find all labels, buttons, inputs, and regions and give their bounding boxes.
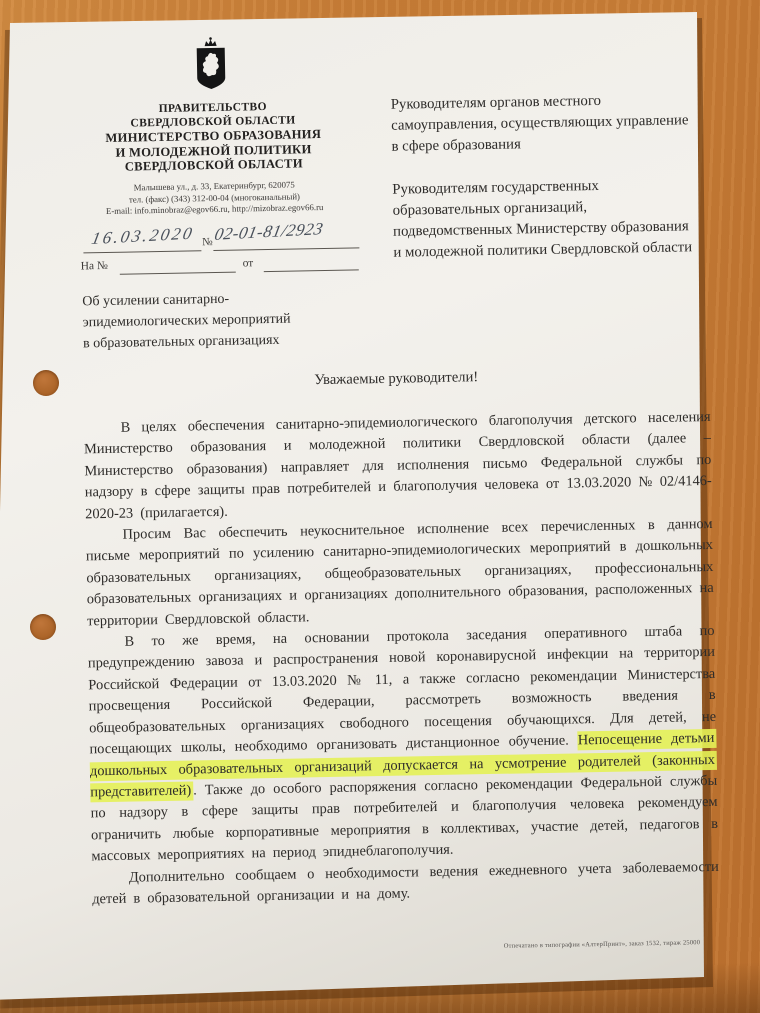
punch-hole: [30, 614, 56, 640]
document-content: ПРАВИТЕЛЬСТВО СВЕРДЛОВСКОЙ ОБЛАСТИ МИНИС…: [0, 0, 760, 1013]
addressee-state-orgs: Руководителям государственных образовате…: [392, 174, 696, 264]
body-paragraph-2: Просим Вас обеспечить неукоснительное ис…: [85, 514, 714, 633]
typography-print-note: Отпечатано в типографии «АлтерПринт», за…: [8, 939, 700, 959]
salutation: Уважаемые руководители!: [83, 365, 710, 393]
date-underline: [83, 250, 201, 253]
handwritten-outgoing-number: 02-01-81/2923: [213, 219, 325, 245]
reply-from-label: от: [243, 257, 254, 269]
subject-line: в образовательных организациях: [83, 330, 291, 355]
handwritten-date: 16.03.2020: [90, 224, 196, 249]
body-paragraph-3: В то же время, на основании протокола за…: [87, 621, 718, 868]
sverdlovsk-coat-of-arms-icon: [187, 36, 234, 100]
reply-number-underline: [120, 272, 236, 275]
punch-hole: [33, 370, 59, 396]
letterhead-org-name: ПРАВИТЕЛЬСТВО СВЕРДЛОВСКОЙ ОБЛАСТИ МИНИС…: [57, 98, 370, 175]
letter-body: Уважаемые руководители! В целях обеспече…: [83, 365, 720, 911]
addressee-municipal: Руководителям органов местного самоуправ…: [391, 89, 694, 158]
photo-of-document: { "photo": { "desk_color": "#c67c36", "p…: [0, 0, 760, 1013]
addressee-block: Руководителям органов местного самоуправ…: [391, 89, 696, 264]
number-underline: [213, 247, 359, 251]
body-paragraph-1: В целях обеспечения санитарно-эпидемиоло…: [83, 407, 712, 526]
reply-to-number-label: На №: [81, 260, 108, 272]
letterhead-contacts: Малышева ул., д. 33, Екатеринбург, 62007…: [52, 178, 377, 218]
reply-date-underline: [264, 269, 359, 272]
number-sign-label: №: [202, 236, 213, 248]
letter-subject: Об усилении санитарно- эпидемиологически…: [82, 288, 291, 355]
